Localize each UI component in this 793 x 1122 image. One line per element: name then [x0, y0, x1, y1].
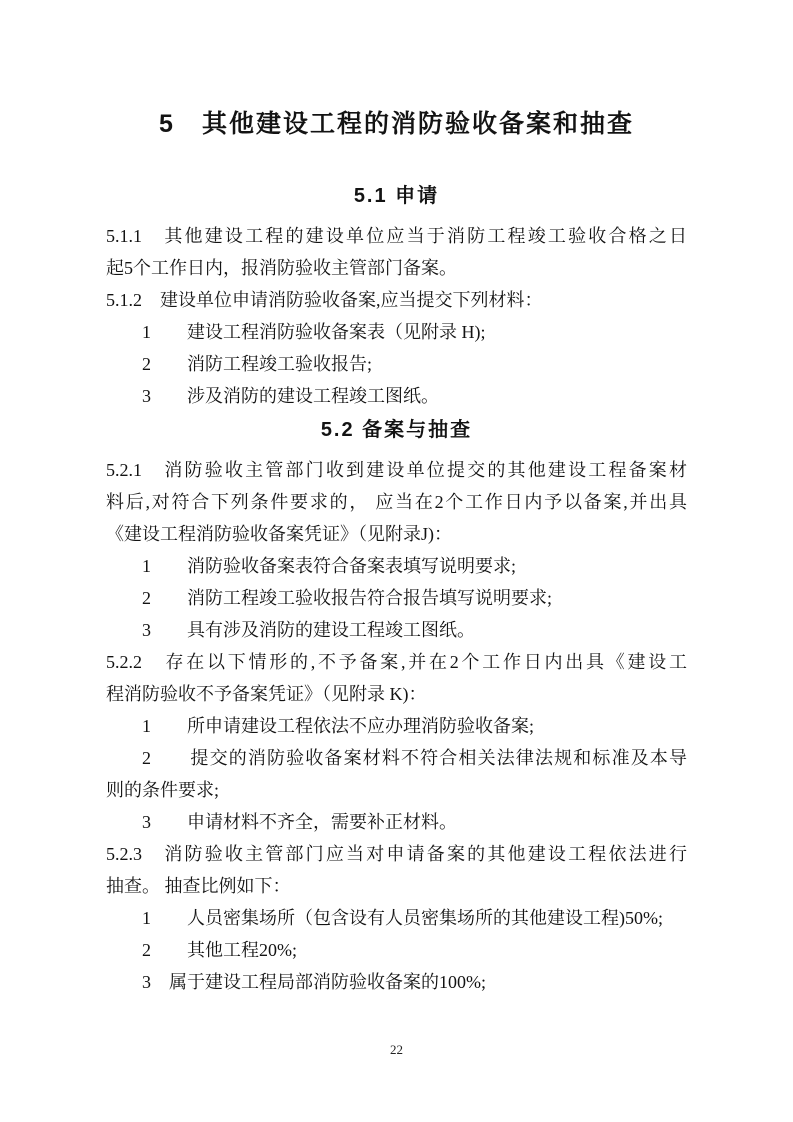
- section-5-2: 5.2 备案与抽查 5.2.1 消防验收主管部门收到建设单位提交的其他建设工程备…: [106, 416, 687, 998]
- page: 5 其他建设工程的消防验收备案和抽查 5.1 申请 5.1.1 其他建设工程的建…: [0, 0, 793, 1122]
- list-item-line: 3 申请材料不齐全，需要补正材料。: [106, 806, 687, 838]
- continuation-line: 则的条件要求;: [106, 774, 687, 806]
- section-5-2-heading: 5.2 备案与抽查: [106, 416, 687, 444]
- clause-line: 5.2.2 存在以下情形的,不予备案,并在2个工作日内出具《建设工: [106, 646, 687, 678]
- clause-line: 5.1.1 其他建设工程的建设单位应当于消防工程竣工验收合格之日: [106, 220, 687, 252]
- list-item-line: 2 提交的消防验收备案材料不符合相关法律法规和标准及本导: [106, 742, 687, 774]
- page-content: 5 其他建设工程的消防验收备案和抽查 5.1 申请 5.1.1 其他建设工程的建…: [0, 106, 793, 998]
- list-item-line: 2 消防工程竣工验收报告;: [106, 348, 687, 380]
- continuation-line: 抽查。 抽查比例如下：: [106, 870, 687, 902]
- list-item-line: 1 建设工程消防验收备案表（见附录 H);: [106, 316, 687, 348]
- section-5-1-heading: 5.1 申请: [106, 182, 687, 210]
- list-item-line: 2 其他工程20%;: [106, 934, 687, 966]
- list-item-line: 3 属于建设工程局部消防验收备案的100%;: [106, 966, 687, 998]
- list-item-line: 1 人员密集场所（包含设有人员密集场所的其他建设工程)50%;: [106, 902, 687, 934]
- list-item-line: 2 消防工程竣工验收报告符合报告填写说明要求;: [106, 582, 687, 614]
- continuation-line: 程消防验收不予备案凭证》（见附录 K)：: [106, 678, 687, 710]
- list-item-line: 1 所申请建设工程依法不应办理消防验收备案;: [106, 710, 687, 742]
- clause-line: 5.2.1 消防验收主管部门收到建设单位提交的其他建设工程备案材: [106, 454, 687, 486]
- list-item-line: 3 涉及消防的建设工程竣工图纸。: [106, 380, 687, 412]
- continuation-line: 起5个工作日内，报消防验收主管部门备案。: [106, 252, 687, 284]
- clause-line: 5.2.3 消防验收主管部门应当对申请备案的其他建设工程依法进行: [106, 838, 687, 870]
- list-item-line: 3 具有涉及消防的建设工程竣工图纸。: [106, 614, 687, 646]
- chapter-title: 5 其他建设工程的消防验收备案和抽查: [106, 106, 687, 142]
- section-5-1: 5.1 申请 5.1.1 其他建设工程的建设单位应当于消防工程竣工验收合格之日 …: [106, 182, 687, 412]
- list-item-line: 1 消防验收备案表符合备案表填写说明要求;: [106, 550, 687, 582]
- continuation-line: 《建设工程消防验收备案凭证》（见附录J)：: [106, 518, 687, 550]
- clause-line: 5.1.2 建设单位申请消防验收备案,应当提交下列材料：: [106, 284, 687, 316]
- continuation-line: 料后,对符合下列条件要求的， 应当在2个工作日内予以备案,并出具: [106, 486, 687, 518]
- page-number: 22: [0, 1042, 793, 1058]
